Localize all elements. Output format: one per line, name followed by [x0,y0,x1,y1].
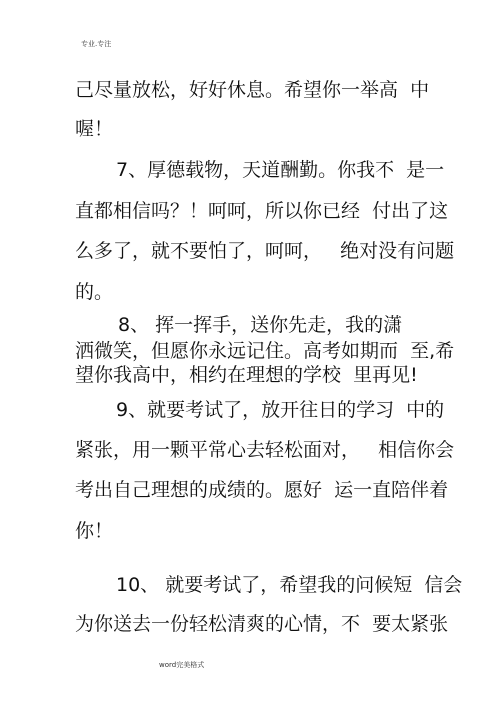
footer-note: word完美格式 [159,660,204,670]
paragraph-10-line: 为你送去一份轻松清爽的心情，不 要太紧张 [75,613,448,635]
paragraph-9-line: 考出自己理想的成绩的。愿好 运一直陪伴着 [75,479,448,501]
paragraph-8-line: 洒微笑，但愿你永远记住。高考如期而 至,希 [75,340,454,362]
paragraph-9-line: 你！ [75,520,113,542]
paragraph-9-line: 紧张，用一颗平常心去轻松面对， 相信你会 [75,439,454,461]
header-note: 专业.专注 [81,39,111,49]
paragraph-7-line: 的。 [75,281,113,303]
paragraph-8-line: 8、 挥一挥手，送你先走，我的潇 [118,314,402,336]
document-page: 专业.专注 己尽量放松，好好休息。希望你一举高 中 喔！ 7、厚德载物，天道酬勤… [0,0,500,708]
paragraph-line: 己尽量放松，好好休息。希望你一举高 中 [75,79,429,101]
paragraph-7-line: 么多了，就不要怕了，呵呵， 绝对没有问题 [75,240,454,262]
paragraph-10-line: 10、 就要考试了，希望我的问候短 信会 [116,574,462,596]
paragraph-line: 喔！ [75,118,113,140]
paragraph-7-line: 直都相信吗？！呵呵，所以你已经 付出了这 [75,200,448,222]
paragraph-7-line: 7、厚德载物，天道酬勤。你我不 是一 [116,159,444,181]
paragraph-8-line: 望你我高中，相约在理想的学校 里再见! [75,364,418,386]
paragraph-9-line: 9、就要考试了，放开往日的学习 中的 [116,399,444,421]
